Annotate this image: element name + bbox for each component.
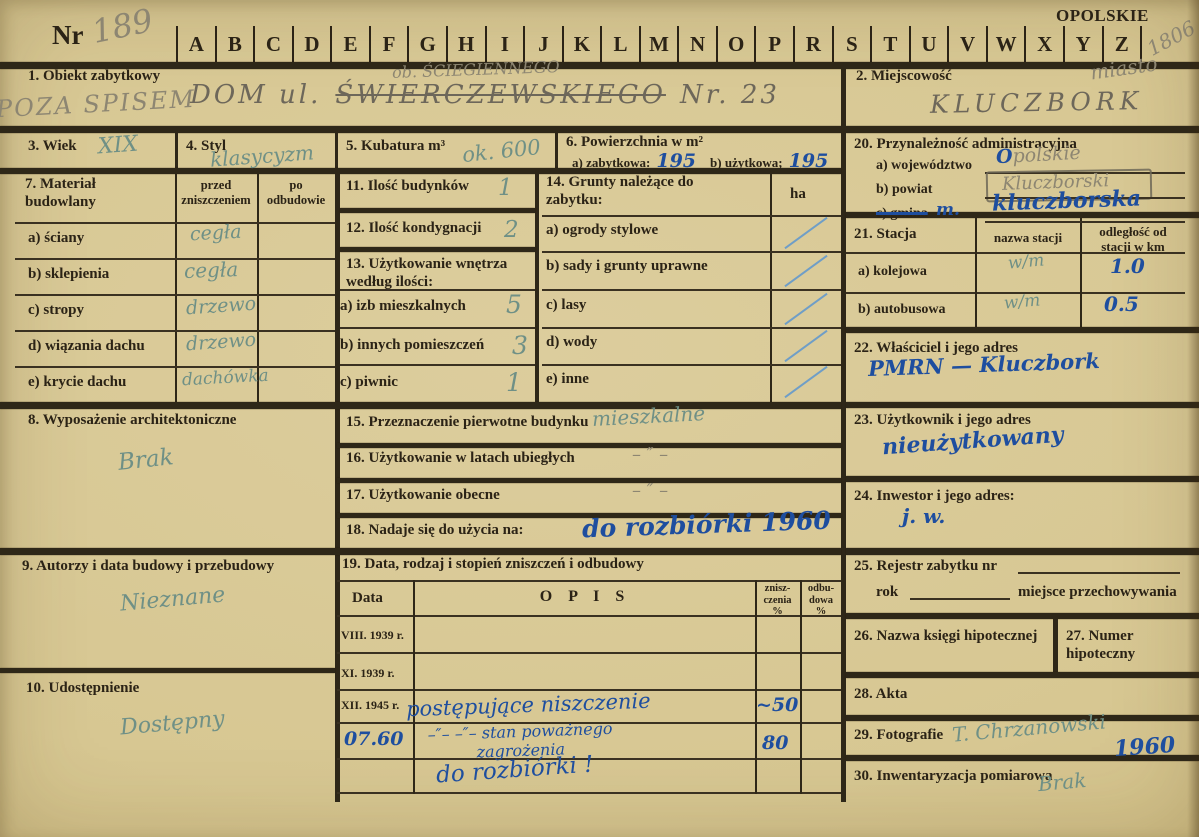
field-13-label: 13. Użytkowanie wnętrza według ilości: — [346, 256, 507, 291]
field-14-row-label: d) wody — [546, 334, 597, 352]
field-20a-value: Opolskie — [996, 144, 1082, 168]
fill-line — [1018, 572, 1180, 574]
fill-line — [985, 221, 1185, 223]
nr-handwritten-value: 189 — [89, 4, 156, 50]
grid-line — [15, 222, 335, 224]
alphabet-letter: Y — [1063, 26, 1102, 62]
field-30-value: Brak — [1037, 770, 1087, 795]
rule — [0, 62, 1199, 69]
ha-dash-mark — [784, 217, 827, 249]
divider — [175, 127, 178, 168]
alphabet-letter: X — [1024, 26, 1063, 62]
ha-dash-mark — [784, 255, 827, 287]
field-14-label: 14. Grunty należące do zabytku: — [546, 174, 694, 209]
field-15-value: mieszkalne — [592, 403, 706, 430]
field-29-year: 1960 — [1113, 734, 1176, 761]
ha-dash-mark — [784, 330, 827, 362]
field-7-row-value: cegła — [184, 259, 239, 282]
main-column-divider — [841, 62, 846, 802]
field-6b-value: 195 — [789, 152, 829, 172]
field-19-col-damage: znisz- czenia % — [756, 583, 799, 618]
field-8-label: 8. Wyposażenie architektoniczne — [28, 412, 236, 430]
alphabet-letter: B — [215, 26, 254, 62]
alphabet-letter: H — [446, 26, 485, 62]
field-21-row-name: w/m — [1003, 292, 1041, 313]
field-14-row-label: b) sady i grunty uprawne — [546, 258, 708, 276]
field-14-ha-label: ha — [790, 186, 806, 204]
column-divider — [335, 168, 340, 802]
field-21-label: 21. Stacja — [854, 226, 917, 244]
field-5-value: ok. 600 — [461, 136, 542, 166]
field-13-row-value: 1 — [506, 370, 522, 396]
field-7-row-value: drzewo — [185, 331, 256, 356]
field-14-row-label: c) lasy — [546, 297, 586, 315]
grid-line — [770, 174, 772, 402]
field-1-value-pre: DOM ul. — [190, 82, 321, 109]
grid-line — [542, 327, 841, 329]
field-1-value-post: Nr. 23 — [680, 82, 780, 109]
field-14-row-label: a) ogrody stylowe — [546, 222, 658, 240]
field-20c-label: c) gmina — [876, 206, 928, 223]
rule — [0, 126, 1199, 133]
nr-label: Nr — [52, 20, 83, 52]
rule — [340, 247, 535, 252]
alphabet-letter: M — [639, 26, 678, 62]
table-line — [413, 580, 415, 794]
field-13-row-label: c) piwnic — [340, 374, 398, 392]
field-26-label: 26. Nazwa księgi hipotecznej — [854, 628, 1050, 646]
rule — [0, 668, 335, 673]
field-19-row-date: VIII. 1939 r. — [341, 628, 404, 642]
alphabet-letter: W — [986, 26, 1025, 62]
rule — [846, 613, 1199, 619]
alphabet-letter: S — [832, 26, 871, 62]
alphabet-letter: P — [754, 26, 793, 62]
grid-line — [15, 330, 335, 332]
field-7-row-label: c) stropy — [28, 302, 84, 320]
field-20b-label: b) powiat — [876, 182, 932, 199]
field-7-col-after: po odbudowie — [258, 178, 334, 208]
grid-line — [15, 294, 335, 296]
field-7-col-before: przed zniszczeniem — [176, 178, 256, 208]
field-10-value: Dostępny — [119, 707, 225, 739]
field-9-value: Nieznane — [119, 583, 226, 615]
field-21-row-label: b) autobusowa — [858, 302, 946, 319]
field-28-label: 28. Akta — [854, 686, 907, 704]
grid-line — [975, 218, 977, 327]
field-8-value: Brak — [117, 445, 175, 475]
field-7-row-label: a) ściany — [28, 230, 84, 248]
field-6a-label: a) zabytkowa: — [572, 155, 650, 170]
field-7-row-value: drzewo — [185, 295, 256, 320]
grid-line — [340, 327, 535, 329]
field-6-values: a) zabytkowa: 195 b) użytkowa; 195 — [572, 152, 828, 172]
alphabet-letter: A — [176, 26, 215, 62]
field-25-miejsce-label: miejsce przechowywania — [1018, 584, 1177, 602]
field-19-row-date: 07.60 — [344, 730, 404, 750]
field-5-label: 5. Kubatura m³ — [346, 138, 445, 156]
rule — [846, 476, 1199, 482]
field-6b-label: b) użytkowa; — [710, 155, 783, 170]
field-19-row-damage: 80 — [762, 734, 788, 754]
field-17-value: – ″ – — [632, 482, 668, 501]
field-27-label: 27. Numer hipoteczny — [1066, 628, 1135, 663]
field-14-row-label: e) inne — [546, 371, 589, 389]
field-2-value: KLUCZBORK — [930, 88, 1144, 118]
record-card: Nr 189 A B C D E F G H I J K L M N O P R… — [0, 0, 1199, 837]
field-9-label: 9. Autorzy i data budowy i przebudowy — [22, 558, 274, 576]
alphabet-letter: F — [369, 26, 408, 62]
alphabet-letter: U — [909, 26, 948, 62]
rule — [337, 443, 841, 448]
field-25-label: 25. Rejestr zabytku nr — [854, 558, 997, 576]
field-7-row-label: e) krycie dachu — [28, 374, 126, 392]
field-20c-value: kluczborska — [992, 187, 1142, 215]
rule — [0, 548, 841, 555]
field-21-row-label: a) kolejowa — [858, 264, 927, 281]
rule — [0, 402, 841, 409]
field-19-col-desc: O P I S — [430, 588, 740, 607]
grid-line — [542, 364, 841, 366]
field-16-label: 16. Użytkowanie w latach ubiegłych — [346, 450, 575, 468]
field-19-row-date: XII. 1945 r. — [341, 698, 399, 712]
field-21-row-dist: 1.0 — [1110, 256, 1145, 277]
field-19-col-rebuild: odbu- dowa % — [801, 583, 841, 618]
rule — [846, 327, 1199, 333]
rule — [337, 478, 841, 483]
field-24-value: j. w. — [902, 506, 945, 527]
fill-line — [910, 598, 1010, 600]
divider — [555, 127, 558, 168]
field-29-label: 29. Fotografie — [854, 727, 943, 745]
field-15-label: 15. Przeznaczenie pierwotne budynku — [346, 414, 588, 432]
field-7-row-value: dachówka — [182, 368, 270, 390]
divider — [335, 127, 338, 168]
alphabet-letter: N — [677, 26, 716, 62]
field-21-col-name: nazwa stacji — [978, 230, 1078, 245]
alphabet-letter: R — [793, 26, 832, 62]
field-1-label: 1. Obiekt zabytkowy — [28, 68, 160, 86]
field-11-label: 11. Ilość budynków — [346, 178, 469, 196]
alphabet-letter: O — [716, 26, 755, 62]
field-7-row-value: cegła — [190, 223, 243, 246]
rule — [846, 548, 1199, 555]
alphabet-letter: L — [600, 26, 639, 62]
field-1-value-struck: ŚWIERCZEWSKIEGO — [335, 82, 666, 109]
field-19-col-date: Data — [352, 590, 383, 608]
rule — [846, 402, 1199, 408]
field-25-rok-label: rok — [876, 584, 898, 602]
field-16-value: – ″ – — [632, 446, 668, 465]
field-22-value: PMRN — Kluczbork — [868, 350, 1100, 380]
field-7-row-label: b) sklepienia — [28, 266, 109, 284]
field-11-value: 1 — [498, 176, 513, 200]
alphabet-letter: V — [947, 26, 986, 62]
alphabet-letter: C — [253, 26, 292, 62]
field-2-label: 2. Miejscowość — [856, 68, 952, 86]
field-21-col-dist: odległość od stacji w km — [1082, 224, 1184, 255]
field-21-row-dist: 0.5 — [1104, 294, 1139, 315]
field-20a-label: a) województwo — [876, 158, 972, 175]
grid-line — [542, 289, 841, 291]
alphabet-letter: G — [407, 26, 446, 62]
field-20c-insert: m. — [936, 202, 960, 220]
field-13-row-label: a) izb mieszkalnych — [340, 298, 466, 316]
grid-line — [15, 258, 335, 260]
grid-line — [542, 215, 841, 217]
field-1-annotation: ob. ŚCIEGIENNEGO — [392, 59, 560, 82]
field-17-label: 17. Użytkowanie obecne — [346, 487, 500, 505]
field-13-row-label: b) innych pomieszczeń — [340, 337, 484, 355]
field-12-label: 12. Ilość kondygnacji — [346, 220, 481, 238]
divider — [1053, 619, 1058, 672]
ha-dash-mark — [784, 366, 827, 398]
grid-line — [542, 251, 841, 253]
field-13-row-value: 5 — [506, 292, 522, 318]
field-4-value: klasycyzm — [209, 142, 314, 170]
field-12-value: 2 — [504, 218, 519, 242]
alphabet-index-row: A B C D E F G H I J K L M N O P R S T U … — [176, 26, 1142, 62]
field-18-value: do rozbiórki 1960 — [582, 508, 832, 543]
voivodeship-region-label: OPOLSKIE — [1056, 6, 1149, 26]
field-1-stamp: POZA SPISEM — [0, 87, 197, 123]
field-7-label: 7. Materiał budowlany — [25, 176, 96, 211]
field-10-label: 10. Udostępnienie — [26, 680, 139, 698]
rule — [340, 208, 535, 213]
alphabet-letter: D — [292, 26, 331, 62]
field-3-value: XIX — [97, 133, 139, 159]
field-7-row-label: d) wiązania dachu — [28, 338, 145, 356]
scan-edge-shadow — [1187, 0, 1199, 837]
ha-dash-mark — [784, 293, 827, 325]
field-6a-value: 195 — [656, 152, 696, 172]
field-30-label: 30. Inwentaryzacja pomiarowa — [854, 768, 1052, 786]
field-19-label: 19. Data, rodzaj i stopień zniszczeń i o… — [342, 556, 644, 574]
grid-line — [15, 366, 335, 368]
alphabet-letter: T — [870, 26, 909, 62]
field-13-row-value: 3 — [512, 333, 528, 359]
field-19-row-damage: ~50 — [756, 696, 798, 716]
alphabet-letter: I — [485, 26, 524, 62]
alphabet-letter: E — [330, 26, 369, 62]
field-3-label: 3. Wiek — [28, 138, 77, 156]
field-18-label: 18. Nadaje się do użycia na: — [346, 522, 524, 540]
field-1-value: DOM ul. ŚWIERCZEWSKIEGO Nr. 23 — [190, 82, 780, 109]
rule — [846, 672, 1199, 678]
field-21-row-name: w/m — [1007, 252, 1045, 273]
column-divider — [535, 168, 539, 408]
field-19-row-date: XI. 1939 r. — [341, 666, 395, 680]
alphabet-letter: K — [562, 26, 601, 62]
grid-line — [340, 364, 535, 366]
field-19-row-desc: postępujące niszczenie — [406, 690, 651, 721]
